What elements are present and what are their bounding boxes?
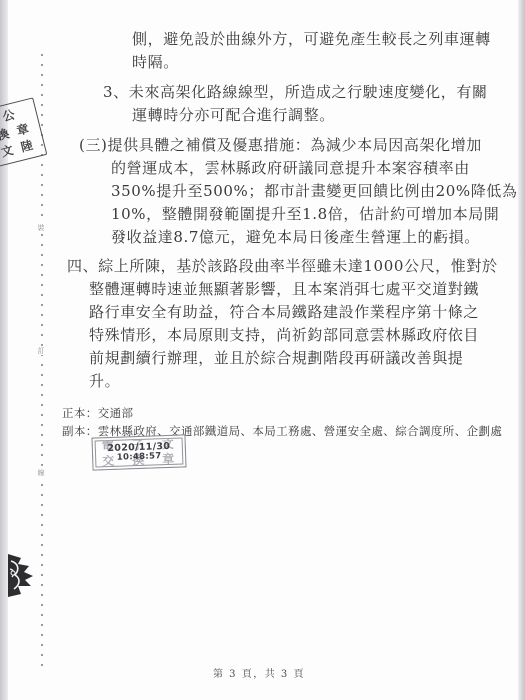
page-right-edge-shadow	[518, 0, 525, 700]
partial-seal-stamp	[5, 551, 39, 601]
scanned-document-page: 裝 訂 線 公 換 章 文 陸 側，避免設於曲線外方，可避免產生較長之列車運轉 …	[0, 0, 525, 700]
electronic-exchange-stamp: 電子文 交換章 2020/11/30 10:48:57	[91, 434, 186, 470]
recipient-original: 正本：交通部	[62, 405, 133, 422]
exchange-stamp-time: 10:48:57	[117, 452, 162, 463]
body-item-4: 四、綜上所陳，基於該路段曲率半徑雖未達1000公尺，惟對於 整體運轉時速並無顯著…	[67, 255, 498, 393]
body-item-iii: (三)提供具體之補償及優惠措施：為減少本局因高架化增加 的營運成本，雲林縣政府研…	[79, 134, 518, 249]
binding-mark-zhuang: 裝	[35, 224, 47, 232]
binding-mark-xian: 線	[35, 469, 47, 477]
binding-mark-ding: 訂	[35, 347, 47, 355]
body-item-3: 3、未來高架化路線線型，所造成之行駛速度變化，有關 運轉時分亦可配合進行調整。	[103, 81, 488, 127]
page-number: 第 3 頁，共 3 頁	[213, 665, 305, 680]
body-paragraph-continuation: 側，避免設於曲線外方，可避免產生較長之列車運轉 時隔。	[132, 28, 491, 74]
